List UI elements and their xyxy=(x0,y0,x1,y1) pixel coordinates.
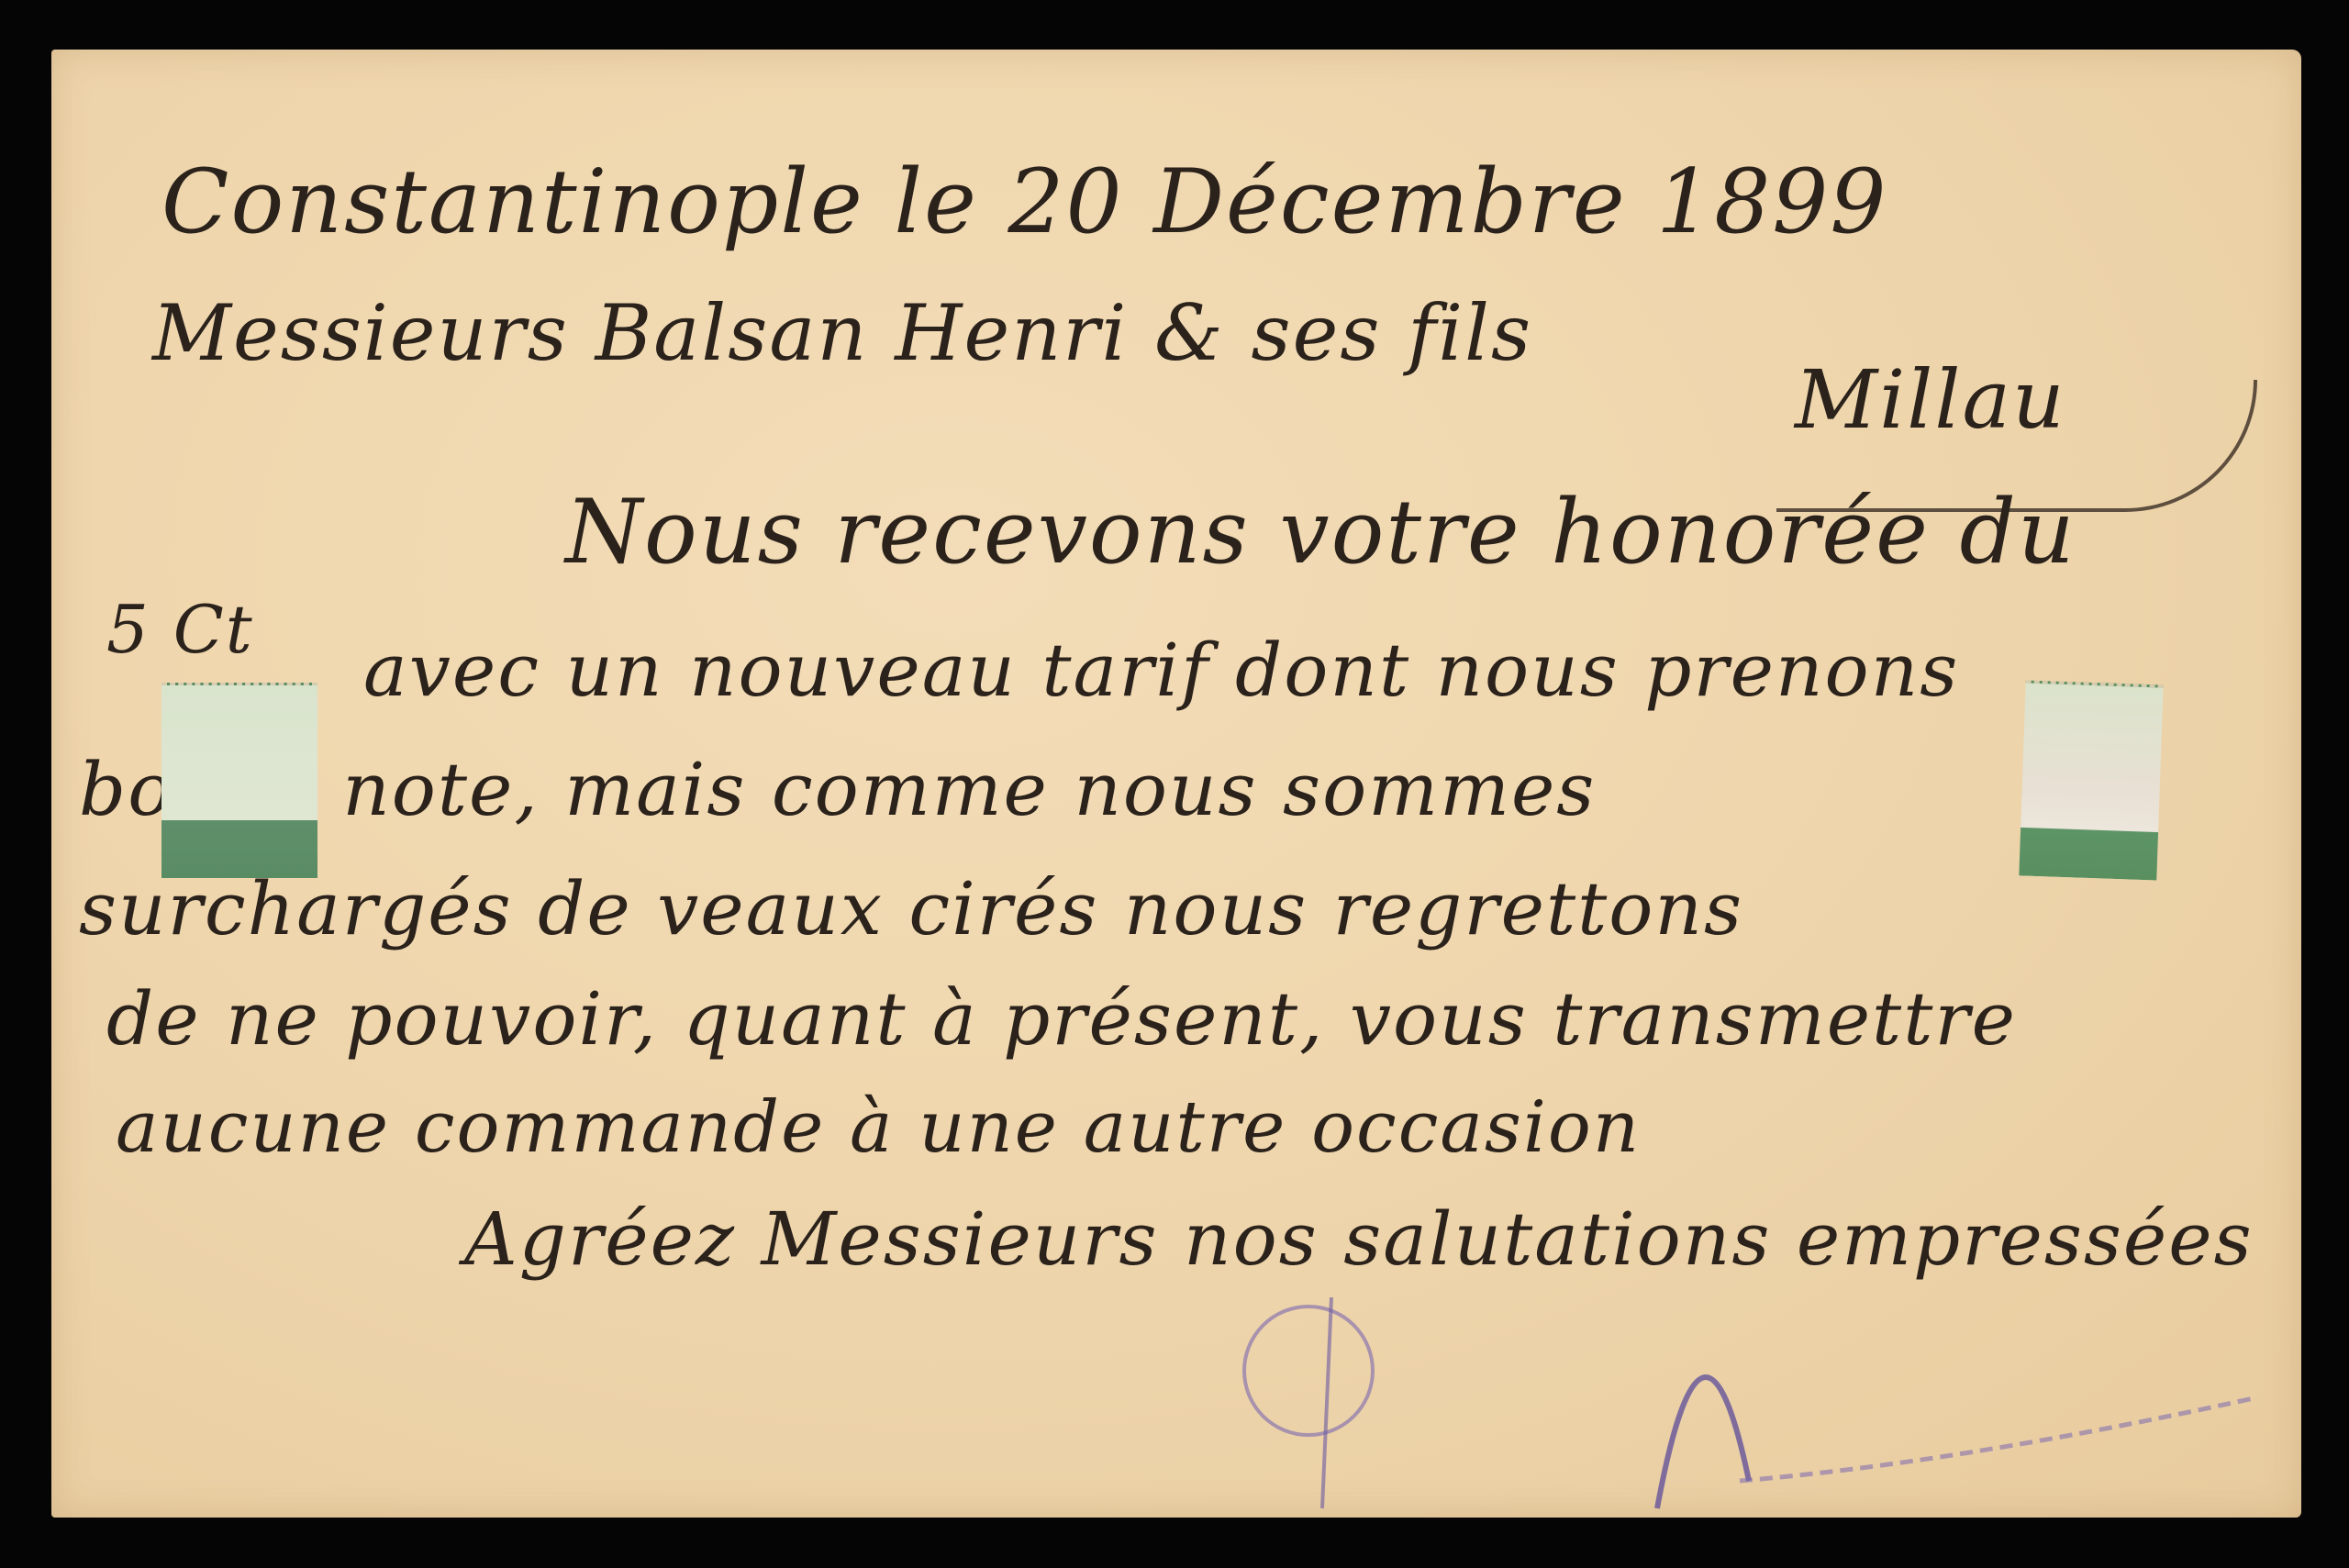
closing-line: Agréez Messieurs nos salutations empress… xyxy=(464,1196,2254,1282)
torn-stamp-right-icon xyxy=(2019,680,2163,880)
torn-stamp-left-icon xyxy=(161,683,317,878)
margin-note: 5 Ct xyxy=(106,591,254,668)
body-line-5: de ne pouvoir, quant à présent, vous tra… xyxy=(106,976,2017,1062)
place-date-line: Constantinople le 20 Décembre 1899 xyxy=(161,150,1887,253)
body-line-1: Nous recevons votre honorée du xyxy=(565,481,2076,584)
postcard: Constantinople le 20 Décembre 1899 Messi… xyxy=(51,50,2301,1518)
body-line-2: avec un nouveau tarif dont nous prenons xyxy=(363,628,1959,713)
body-line-4: surchargés de veaux cirés nous regretton… xyxy=(79,866,1743,951)
signature-icon xyxy=(1226,1297,2309,1536)
addressee-line: Messieurs Balsan Henri & ses fils xyxy=(152,288,1532,378)
body-line-6: aucune commande à une autre occasion xyxy=(116,1086,1641,1169)
